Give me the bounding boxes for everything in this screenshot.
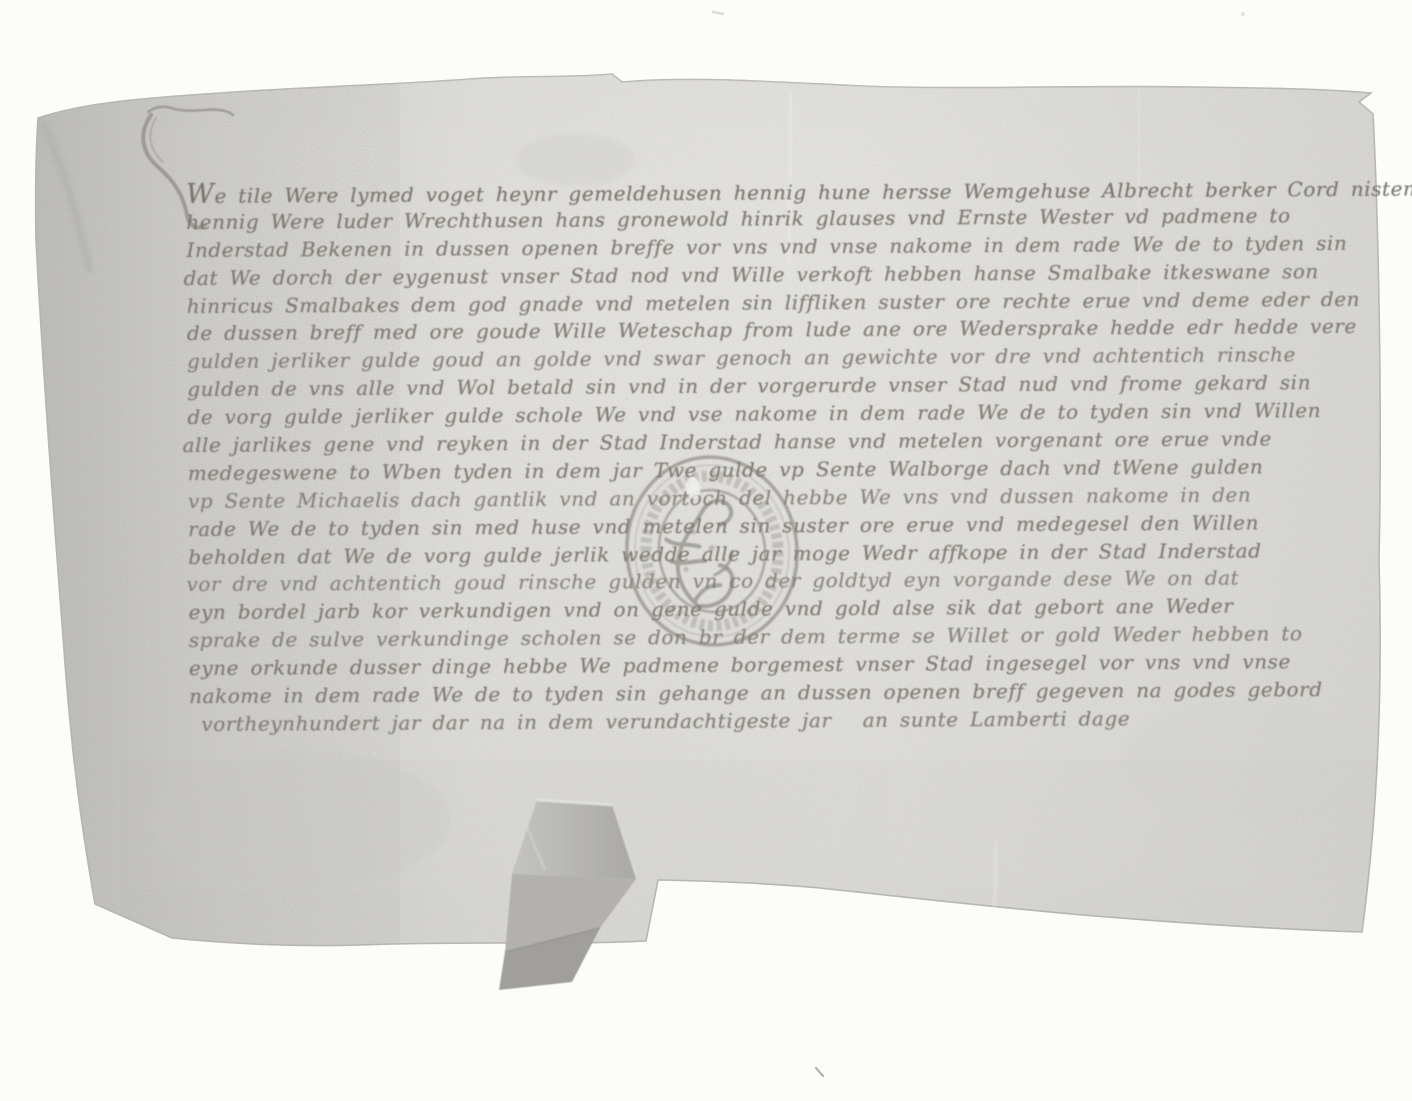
crease-line: [993, 842, 997, 932]
manuscript-text-block: We tile Were lymed voget heynr gemeldehu…: [186, 174, 1349, 739]
fold-shadow: [42, 122, 90, 272]
manuscript-scan: We tile Were lymed voget heynr gemeldehu…: [0, 0, 1412, 1101]
parchment-tail: [499, 800, 636, 990]
tail-fold-tip: [499, 928, 600, 990]
tail-mid-strip: [505, 874, 636, 952]
manuscript-line: vortheynhundert jar dar na in dem verund…: [201, 704, 1349, 739]
tail-upper-strip: [512, 800, 636, 879]
